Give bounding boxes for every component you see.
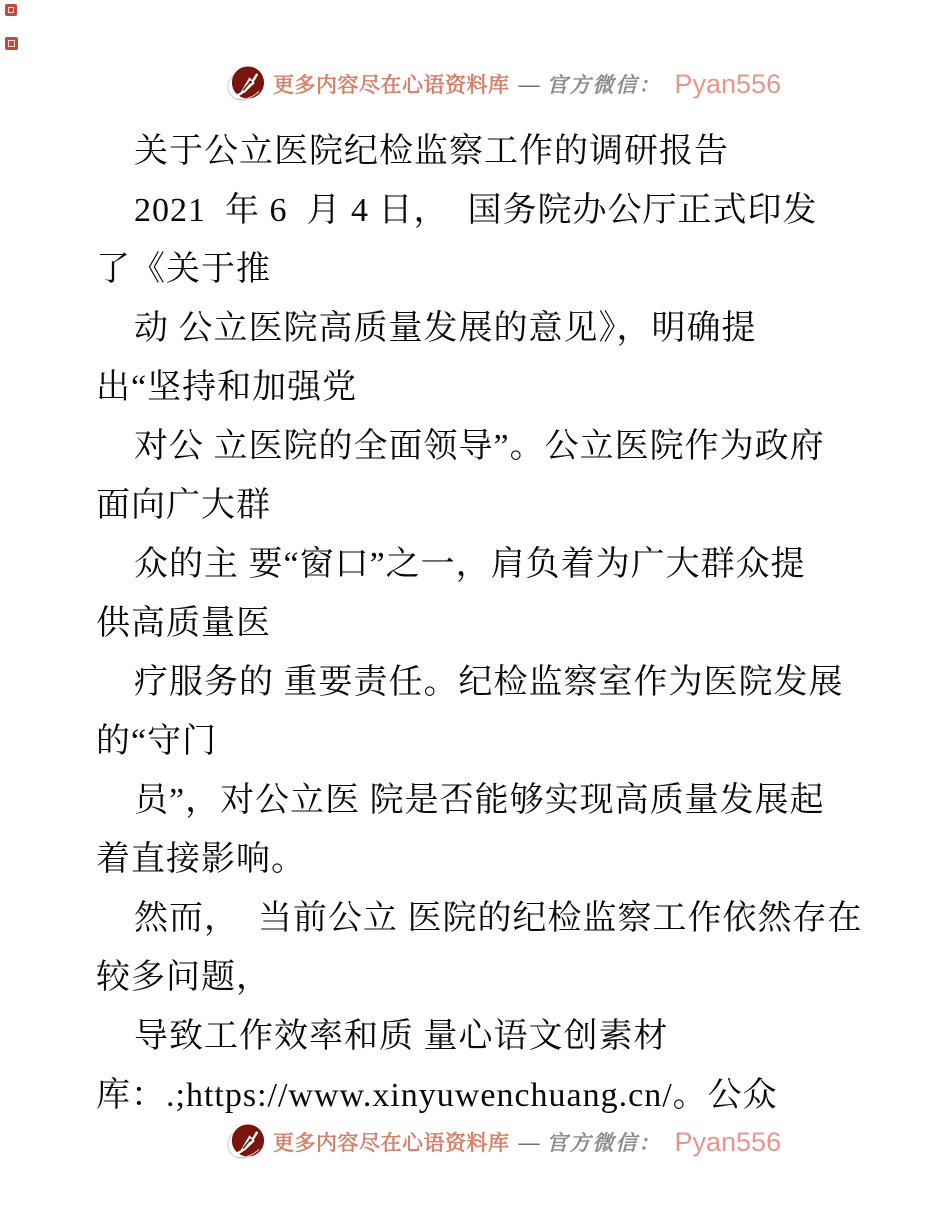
text-line: 供高质量医: [96, 594, 886, 653]
pen-nib-logo-icon: [227, 1122, 266, 1163]
text-line: 员”，对公立医 院是否能够实现高质量发展起: [96, 771, 886, 830]
text-line: 疗服务的 重要责任。纪检监察室作为医院发展: [96, 653, 886, 712]
document-body: 关于公立医院纪检监察工作的调研报告 2021 年 6 月 4 日， 国务院办公厅…: [96, 122, 886, 1125]
wechat-id: Pyan556: [675, 69, 782, 100]
text-line: 较多问题，: [96, 948, 886, 1007]
text-line: 然而， 当前公立 医院的纪检监察工作依然存在: [96, 889, 886, 948]
text-line: 着直接影响。: [96, 830, 886, 889]
text-line-with-url: 库：.;https://www.xinyuwenchuang.cn/。公众: [96, 1066, 886, 1125]
text-line: 出“坚持和加强党: [96, 358, 886, 417]
wechat-id: Pyan556: [675, 1127, 782, 1158]
text-line: 众的主 要“窗口”之一，肩负着为广大群众提: [96, 535, 886, 594]
footer-brand-band: 更多内容尽在心语资料库—官方微信：Pyan556: [227, 1121, 781, 1163]
brand-separator: —: [519, 1130, 540, 1155]
text-line: 对公 立医院的全面领导”。公立医院作为政府: [96, 417, 886, 476]
red-seal-mark-icon: [5, 37, 18, 50]
wechat-label: 官方微信：: [547, 69, 662, 99]
doc-title-line: 关于公立医院纪检监察工作的调研报告: [96, 122, 886, 181]
corner-seal-marks: [5, 4, 25, 56]
text-line: 导致工作效率和质 量心语文创素材: [96, 1007, 886, 1066]
text-line: 了《关于推: [96, 240, 886, 299]
text-line: 2021 年 6 月 4 日， 国务院办公厅正式印发: [96, 181, 886, 240]
brand-site-name: 更多内容尽在心语资料库: [273, 1127, 510, 1157]
text-line: 面向广大群: [96, 476, 886, 535]
wechat-label: 官方微信：: [547, 1127, 662, 1157]
pen-nib-logo-icon: [227, 64, 266, 105]
document-page: 更多内容尽在心语资料库—官方微信：Pyan556 关于公立医院纪检监察工作的调研…: [0, 0, 950, 1230]
red-seal-mark-icon: [5, 4, 17, 16]
brand-separator: —: [519, 72, 540, 97]
text-line: 动 公立医院高质量发展的意见》，明确提: [96, 299, 886, 358]
text-line: 的“守门: [96, 712, 886, 771]
brand-site-name: 更多内容尽在心语资料库: [273, 69, 510, 99]
header-brand-band: 更多内容尽在心语资料库—官方微信：Pyan556: [227, 63, 781, 105]
